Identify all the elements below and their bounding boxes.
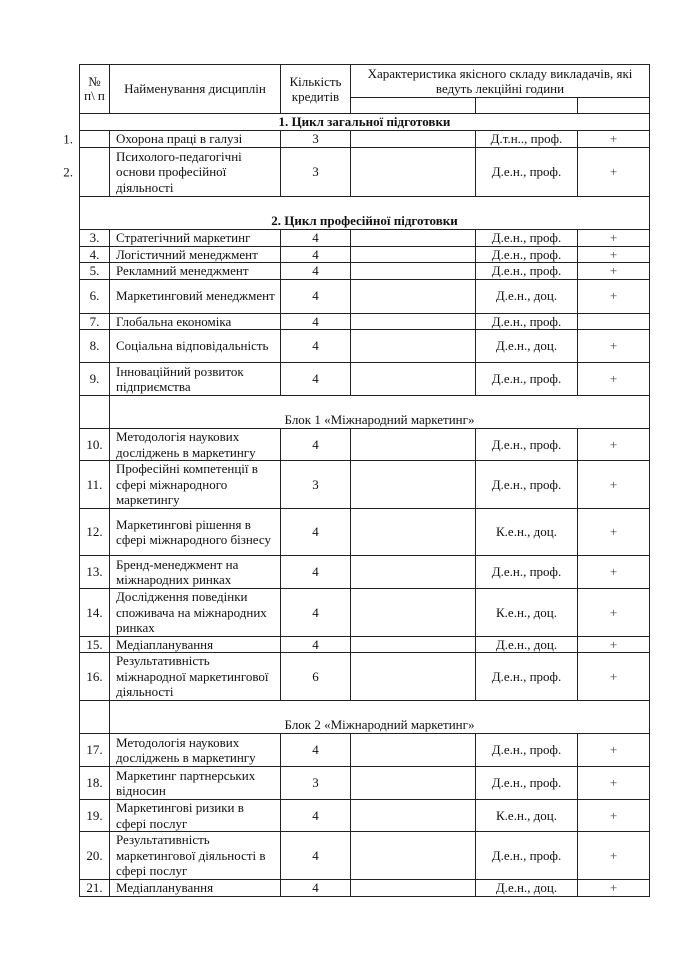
lecture-mark: + xyxy=(578,279,650,313)
characteristic-cell xyxy=(351,800,476,832)
row-number: 8. xyxy=(80,330,110,363)
block-number-cell xyxy=(80,701,110,734)
discipline-name: Дослідження поведінки споживача на міжна… xyxy=(110,589,281,637)
discipline-name: Глобальна економіка xyxy=(110,313,281,330)
lecture-mark: + xyxy=(578,832,650,880)
block-header-row: Блок 1 «Міжнародний маркетинг» xyxy=(80,396,650,429)
characteristic-cell xyxy=(351,589,476,637)
row-number: 7. xyxy=(80,313,110,330)
row-number: 14. xyxy=(80,589,110,637)
lecture-mark: + xyxy=(578,148,650,197)
row-number: 13. xyxy=(80,556,110,589)
section-title: 2. Цикл професійної підготовки xyxy=(80,197,650,230)
row-number: 19. xyxy=(80,800,110,832)
lecture-mark: + xyxy=(578,330,650,363)
teacher-degree: Д.е.н., доц. xyxy=(476,636,578,653)
discipline-name: Логістичний менеджмент xyxy=(110,246,281,263)
row-number: 6. xyxy=(80,279,110,313)
row-number-label: 1. xyxy=(63,131,73,147)
row-number: 10. xyxy=(80,429,110,461)
discipline-name: Медіапланування xyxy=(110,880,281,897)
characteristic-cell xyxy=(351,313,476,330)
table-header-row: № п\ п Найменування дисциплін Кількість … xyxy=(80,65,650,98)
lecture-mark: + xyxy=(578,131,650,148)
characteristic-cell xyxy=(351,461,476,509)
discipline-name: Стратегічний маркетинг xyxy=(110,230,281,247)
row-number: 5. xyxy=(80,263,110,280)
teacher-degree: Д.е.н., проф. xyxy=(476,363,578,396)
lecture-mark: + xyxy=(578,800,650,832)
characteristic-cell xyxy=(351,880,476,897)
characteristic-cell xyxy=(351,246,476,263)
lecture-mark: + xyxy=(578,767,650,800)
teacher-degree: Д.е.н., доц. xyxy=(476,279,578,313)
lecture-mark: + xyxy=(578,653,650,701)
section-header-row: 1. Цикл загальної підготовки xyxy=(80,114,650,131)
lecture-mark: + xyxy=(578,734,650,767)
discipline-name: Психолого-педагогічні основи професійної… xyxy=(110,148,281,197)
characteristic-cell xyxy=(351,131,476,148)
table-row: 15.Медіапланування4Д.е.н., доц.+ xyxy=(80,636,650,653)
lecture-mark: + xyxy=(578,263,650,280)
table-row: 9.Інноваційний розвиток підприємства4Д.е… xyxy=(80,363,650,396)
discipline-name: Рекламний менеджмент xyxy=(110,263,281,280)
table-row: 3.Стратегічний маркетинг4Д.е.н., проф.+ xyxy=(80,230,650,247)
teacher-degree: К.е.н., доц. xyxy=(476,800,578,832)
credits-value: 4 xyxy=(281,589,351,637)
characteristic-cell xyxy=(351,636,476,653)
table-row: 21.Медіапланування4Д.е.н., доц.+ xyxy=(80,880,650,897)
row-number: 1. xyxy=(80,131,110,148)
credits-value: 6 xyxy=(281,653,351,701)
teacher-degree: Д.т.н.., проф. xyxy=(476,131,578,148)
table-row: 11.Професійні компетенції в сфері міжнар… xyxy=(80,461,650,509)
credits-value: 4 xyxy=(281,279,351,313)
discipline-name: Методологія наукових досліджень в маркет… xyxy=(110,734,281,767)
teacher-degree: Д.е.н., проф. xyxy=(476,313,578,330)
block-title: Блок 2 «Міжнародний маркетинг» xyxy=(110,701,650,734)
teacher-degree: Д.е.н., проф. xyxy=(476,767,578,800)
credits-value: 4 xyxy=(281,246,351,263)
table-row: 8.Соціальна відповідальність4Д.е.н., доц… xyxy=(80,330,650,363)
header-credits: Кількість кредитів xyxy=(281,65,351,114)
credits-value: 3 xyxy=(281,461,351,509)
credits-value: 4 xyxy=(281,556,351,589)
lecture-mark: + xyxy=(578,880,650,897)
lecture-mark: + xyxy=(578,636,650,653)
characteristic-cell xyxy=(351,832,476,880)
teacher-degree: Д.е.н., проф. xyxy=(476,230,578,247)
table-row: 1.Охорона праці в галузі3Д.т.н.., проф.+ xyxy=(80,131,650,148)
block-header-row: Блок 2 «Міжнародний маркетинг» xyxy=(80,701,650,734)
teacher-degree: Д.е.н., проф. xyxy=(476,832,578,880)
teacher-degree: К.е.н., доц. xyxy=(476,589,578,637)
teacher-degree: Д.е.н., доц. xyxy=(476,330,578,363)
teacher-degree: Д.е.н., проф. xyxy=(476,653,578,701)
row-number: 17. xyxy=(80,734,110,767)
table-row: 7.Глобальна економіка4Д.е.н., проф. xyxy=(80,313,650,330)
teacher-degree: Д.е.н., проф. xyxy=(476,429,578,461)
discipline-name: Бренд-менеджмент на міжнародних ринках xyxy=(110,556,281,589)
table-row: 13.Бренд-менеджмент на міжнародних ринка… xyxy=(80,556,650,589)
teacher-degree: К.е.н., доц. xyxy=(476,509,578,556)
subheader-cell xyxy=(578,98,650,114)
credits-value: 4 xyxy=(281,313,351,330)
header-discipline-name: Найменування дисциплін xyxy=(110,65,281,114)
row-number: 2. xyxy=(80,148,110,197)
row-number-label: 2. xyxy=(63,164,73,180)
characteristic-cell xyxy=(351,653,476,701)
teacher-degree: Д.е.н., проф. xyxy=(476,461,578,509)
row-number: 20. xyxy=(80,832,110,880)
credits-value: 4 xyxy=(281,330,351,363)
characteristic-cell xyxy=(351,767,476,800)
characteristic-cell xyxy=(351,509,476,556)
discipline-table-document: № п\ п Найменування дисциплін Кількість … xyxy=(79,64,649,897)
discipline-name: Маркетингові ризики в сфері послуг xyxy=(110,800,281,832)
discipline-name: Методологія наукових досліджень в маркет… xyxy=(110,429,281,461)
discipline-name: Охорона праці в галузі xyxy=(110,131,281,148)
block-title: Блок 1 «Міжнародний маркетинг» xyxy=(110,396,650,429)
characteristic-cell xyxy=(351,279,476,313)
credits-value: 3 xyxy=(281,131,351,148)
characteristic-cell xyxy=(351,363,476,396)
lecture-mark: + xyxy=(578,429,650,461)
characteristic-cell xyxy=(351,734,476,767)
subheader-cell xyxy=(476,98,578,114)
lecture-mark: + xyxy=(578,556,650,589)
lecture-mark: + xyxy=(578,589,650,637)
characteristic-cell xyxy=(351,429,476,461)
table-row: 6.Маркетинговий менеджмент4Д.е.н., доц.+ xyxy=(80,279,650,313)
teacher-degree: Д.е.н., проф. xyxy=(476,148,578,197)
header-number: № п\ п xyxy=(80,65,110,114)
table-row: 14.Дослідження поведінки споживача на мі… xyxy=(80,589,650,637)
credits-value: 4 xyxy=(281,832,351,880)
discipline-name: Маркетинг партнерських відносин xyxy=(110,767,281,800)
characteristic-cell xyxy=(351,263,476,280)
discipline-name: Соціальна відповідальність xyxy=(110,330,281,363)
table-row: 10.Методологія наукових досліджень в мар… xyxy=(80,429,650,461)
section-header-row: 2. Цикл професійної підготовки xyxy=(80,197,650,230)
table-row: 20.Результативність маркетингової діяльн… xyxy=(80,832,650,880)
table-row: 2.Психолого-педагогічні основи професійн… xyxy=(80,148,650,197)
row-number: 4. xyxy=(80,246,110,263)
table-row: 4.Логістичний менеджмент4Д.е.н., проф.+ xyxy=(80,246,650,263)
row-number: 12. xyxy=(80,509,110,556)
table-row: 18.Маркетинг партнерських відносин3Д.е.н… xyxy=(80,767,650,800)
credits-value: 4 xyxy=(281,429,351,461)
credits-value: 4 xyxy=(281,363,351,396)
teacher-degree: Д.е.н., доц. xyxy=(476,880,578,897)
block-number-cell xyxy=(80,396,110,429)
characteristic-cell xyxy=(351,148,476,197)
discipline-name: Маркетингові рішення в сфері міжнародног… xyxy=(110,509,281,556)
credits-value: 4 xyxy=(281,509,351,556)
lecture-mark xyxy=(578,313,650,330)
row-number: 9. xyxy=(80,363,110,396)
teacher-degree: Д.е.н., проф. xyxy=(476,734,578,767)
table-row: 5.Рекламний менеджмент4Д.е.н., проф.+ xyxy=(80,263,650,280)
table-row: 17.Методологія наукових досліджень в мар… xyxy=(80,734,650,767)
credits-value: 3 xyxy=(281,767,351,800)
row-number: 21. xyxy=(80,880,110,897)
characteristic-cell xyxy=(351,330,476,363)
credits-value: 4 xyxy=(281,636,351,653)
characteristic-cell xyxy=(351,556,476,589)
lecture-mark: + xyxy=(578,230,650,247)
credits-value: 4 xyxy=(281,734,351,767)
row-number: 15. xyxy=(80,636,110,653)
credits-value: 4 xyxy=(281,263,351,280)
section-title: 1. Цикл загальної підготовки xyxy=(80,114,650,131)
row-number: 3. xyxy=(80,230,110,247)
discipline-name: Медіапланування xyxy=(110,636,281,653)
table-row: 12.Маркетингові рішення в сфері міжнарод… xyxy=(80,509,650,556)
row-number: 11. xyxy=(80,461,110,509)
credits-value: 4 xyxy=(281,880,351,897)
discipline-name: Маркетинговий менеджмент xyxy=(110,279,281,313)
credits-value: 4 xyxy=(281,800,351,832)
row-number: 18. xyxy=(80,767,110,800)
teacher-degree: Д.е.н., проф. xyxy=(476,246,578,263)
table-row: 19.Маркетингові ризики в сфері послуг4К.… xyxy=(80,800,650,832)
table-row: 16.Результативність міжнародної маркетин… xyxy=(80,653,650,701)
teacher-degree: Д.е.н., проф. xyxy=(476,556,578,589)
discipline-name: Результативність маркетингової діяльност… xyxy=(110,832,281,880)
lecture-mark: + xyxy=(578,246,650,263)
characteristic-cell xyxy=(351,230,476,247)
lecture-mark: + xyxy=(578,363,650,396)
header-teacher-characteristic: Характеристика якісного складу викладачі… xyxy=(351,65,650,98)
teacher-degree: Д.е.н., проф. xyxy=(476,263,578,280)
subheader-cell xyxy=(351,98,476,114)
discipline-name: Професійні компетенції в сфері міжнародн… xyxy=(110,461,281,509)
lecture-mark: + xyxy=(578,461,650,509)
discipline-name: Результативність міжнародної маркетингов… xyxy=(110,653,281,701)
lecture-mark: + xyxy=(578,509,650,556)
credits-value: 4 xyxy=(281,230,351,247)
row-number: 16. xyxy=(80,653,110,701)
discipline-table: № п\ п Найменування дисциплін Кількість … xyxy=(79,64,650,897)
credits-value: 3 xyxy=(281,148,351,197)
discipline-name: Інноваційний розвиток підприємства xyxy=(110,363,281,396)
